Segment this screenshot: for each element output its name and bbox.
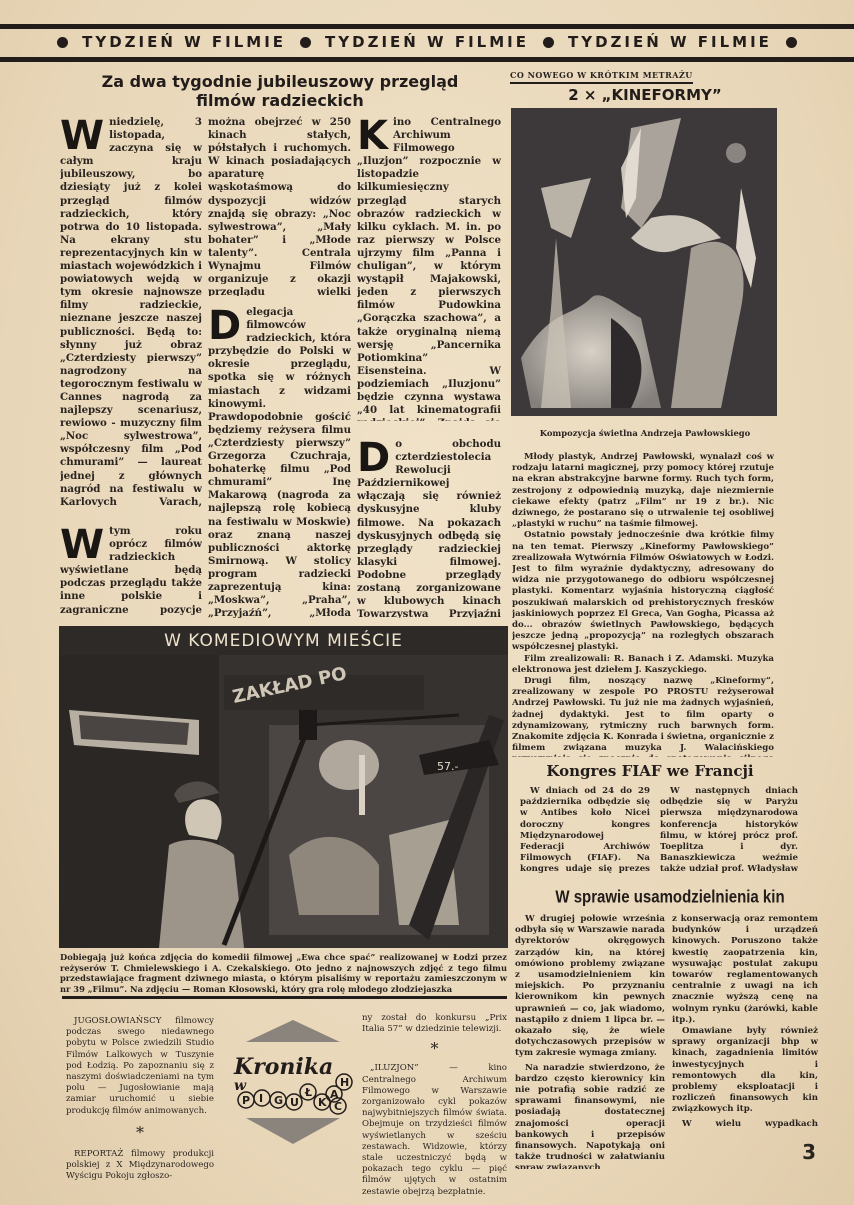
film-still-photo: ZAKŁAD PO 57.- [59, 655, 508, 948]
photo-feature-title: W KOMEDIOWYM MIEŚCIE [59, 626, 508, 655]
article1-col1-text: niedzielę, 3 listopada, zaczyna się w ca… [60, 116, 202, 508]
brief-item-1: JUGOSŁOWIAŃSCY filmowcy podczas swego ni… [66, 1016, 214, 1182]
svg-text:K: K [318, 1096, 327, 1109]
article4-paragraph: Omawiane były również sprawy organizacji… [672, 1026, 818, 1116]
article2-paragraph: Film zrealizowali: R. Banach i Z. Adamsk… [512, 654, 774, 676]
asterisk-separator-icon: * [66, 1123, 214, 1143]
drop-cap: D [208, 308, 241, 344]
article3-column-1: W dniach od 24 do 29 października odbędz… [520, 786, 650, 876]
article1-headline: Za dwa tygodnie jubileuszowy przegląd fi… [60, 72, 500, 110]
svg-text:C: C [334, 1100, 342, 1113]
svg-text:P: P [242, 1094, 250, 1107]
article4-column-2: z konserwacją oraz remontem budynków i u… [672, 914, 818, 1129]
banner-label-2: TYDZIEŃ W FILMIE [325, 33, 529, 51]
asterisk-separator-icon: * [362, 1039, 507, 1059]
article4-column-1: W drugiej połowie września odbyła się w … [515, 914, 665, 1169]
svg-text:57.-: 57.- [437, 760, 458, 773]
drop-cap: W [60, 527, 104, 563]
banner-top-rule [0, 24, 854, 29]
brief-text: REPORTAŻ filmowy produkcji polskiej z X … [66, 1149, 214, 1183]
article3-col2-text: W następnych dniach odbędzie się w Paryż… [660, 786, 798, 876]
article2-headline: 2 × „KINEFORMY” [510, 86, 780, 104]
article3-headline: Kongres FIAF we Francji [520, 762, 780, 780]
article4-paragraph: W drugiej połowie września odbyła się w … [515, 914, 665, 1060]
bullet-dot-icon [57, 37, 68, 48]
section-banner: TYDZIEŃ W FILMIE TYDZIEŃ W FILMIE TYDZIE… [0, 30, 854, 54]
article3-col1-text: W dniach od 24 do 29 października odbędz… [520, 786, 650, 876]
article2-paragraph: Młody plastyk, Andrzej Pawłowski, wynala… [512, 452, 774, 530]
article3-column-2: W następnych dniach odbędzie się w Paryż… [660, 786, 798, 876]
article1-col2b-text: elegacja filmowców radzieckich, która pr… [208, 306, 351, 618]
photo-feature-caption: Dobiegają już końca zdjęcia do komedii f… [60, 952, 507, 994]
light-composition-image [511, 108, 777, 416]
kronika-w-pigulkach-logo: Kronika w P I G U Ł K A C H [228, 1018, 358, 1146]
street-scene-image: ZAKŁAD PO 57.- [59, 655, 508, 948]
article4-paragraph: W wielu wypadkach wysunięto konkretne wn… [672, 1119, 818, 1129]
article1-column-1: W niedzielę, 3 listopada, zaczyna się w … [60, 116, 202, 508]
article4-headline: W sprawie usamodzielnienia kin [520, 888, 820, 908]
article1-column-2b: D elegacja filmowców radzieckich, która … [208, 306, 351, 618]
svg-text:Ł: Ł [304, 1086, 312, 1099]
bullet-dot-icon [300, 37, 311, 48]
article2-paragraph: Drugi film, noszący nazwę „Kineformy”, z… [512, 676, 774, 757]
headline-line-2: filmów radzieckich [60, 91, 500, 110]
drop-cap: W [60, 118, 104, 154]
article1-column-3: K ino Centralnego Archiwum Filmowego „Il… [357, 116, 501, 421]
brief-text: „ILUZJON” — kino Centralnego Archiwum Fi… [362, 1063, 507, 1197]
banner-label-3: TYDZIEŃ W FILMIE [568, 33, 772, 51]
article1-col2-text: można obejrzeć w 250 kinach stałych, pół… [208, 116, 351, 296]
drop-cap: D [357, 440, 390, 476]
svg-text:H: H [340, 1076, 349, 1089]
banner-bottom-rule [0, 57, 854, 62]
drop-cap: K [357, 118, 388, 154]
svg-text:Kronika: Kronika [233, 1054, 333, 1080]
abstract-composition-photo [511, 108, 777, 416]
newspaper-page: TYDZIEŃ W FILMIE TYDZIEŃ W FILMIE TYDZIE… [0, 0, 854, 1205]
brief-text: JUGOSŁOWIAŃSCY filmowcy podczas swego ni… [66, 1016, 214, 1117]
section-divider [62, 996, 507, 999]
svg-text:I: I [259, 1092, 263, 1105]
brief-text: ny został do konkursu „Prix Italia 57” w… [362, 1013, 507, 1035]
svg-text:G: G [274, 1094, 283, 1107]
article1-column-3b: D o obchodu czterdziestolecia Rewolucji … [357, 438, 501, 618]
banner-label-1: TYDZIEŃ W FILMIE [82, 33, 286, 51]
brief-item-2-continued: ny został do konkursu „Prix Italia 57” w… [362, 1013, 507, 1198]
article2-body: Młody plastyk, Andrzej Pawłowski, wynala… [512, 452, 774, 757]
article1-column-2: można obejrzeć w 250 kinach stałych, pół… [208, 116, 351, 296]
svg-text:U: U [290, 1096, 299, 1109]
article1-column-1b: W tym roku oprócz filmów radzieckich wyś… [60, 525, 202, 617]
section-kicker: CO NOWEGO W KRÓTKIM METRAŻU [510, 70, 693, 84]
article2-paragraph: Ostatnio powstały jednocześnie dwa krótk… [512, 530, 774, 653]
photo-caption: Kompozycja świetlna Andrzeja Pawłowskieg… [510, 428, 780, 438]
article1-col3-text: ino Centralnego Archiwum Filmowego „Iluz… [357, 116, 501, 421]
bullet-dot-icon [543, 37, 554, 48]
headline-line-1: Za dwa tygodnie jubileuszowy przegląd [60, 72, 500, 91]
article4-paragraph: Na naradzie stwierdzono, że bardzo częst… [515, 1063, 665, 1169]
page-number: 3 [802, 1140, 816, 1164]
article4-paragraph: z konserwacją oraz remontem budynków i u… [672, 914, 818, 1026]
bullet-dot-icon [786, 37, 797, 48]
